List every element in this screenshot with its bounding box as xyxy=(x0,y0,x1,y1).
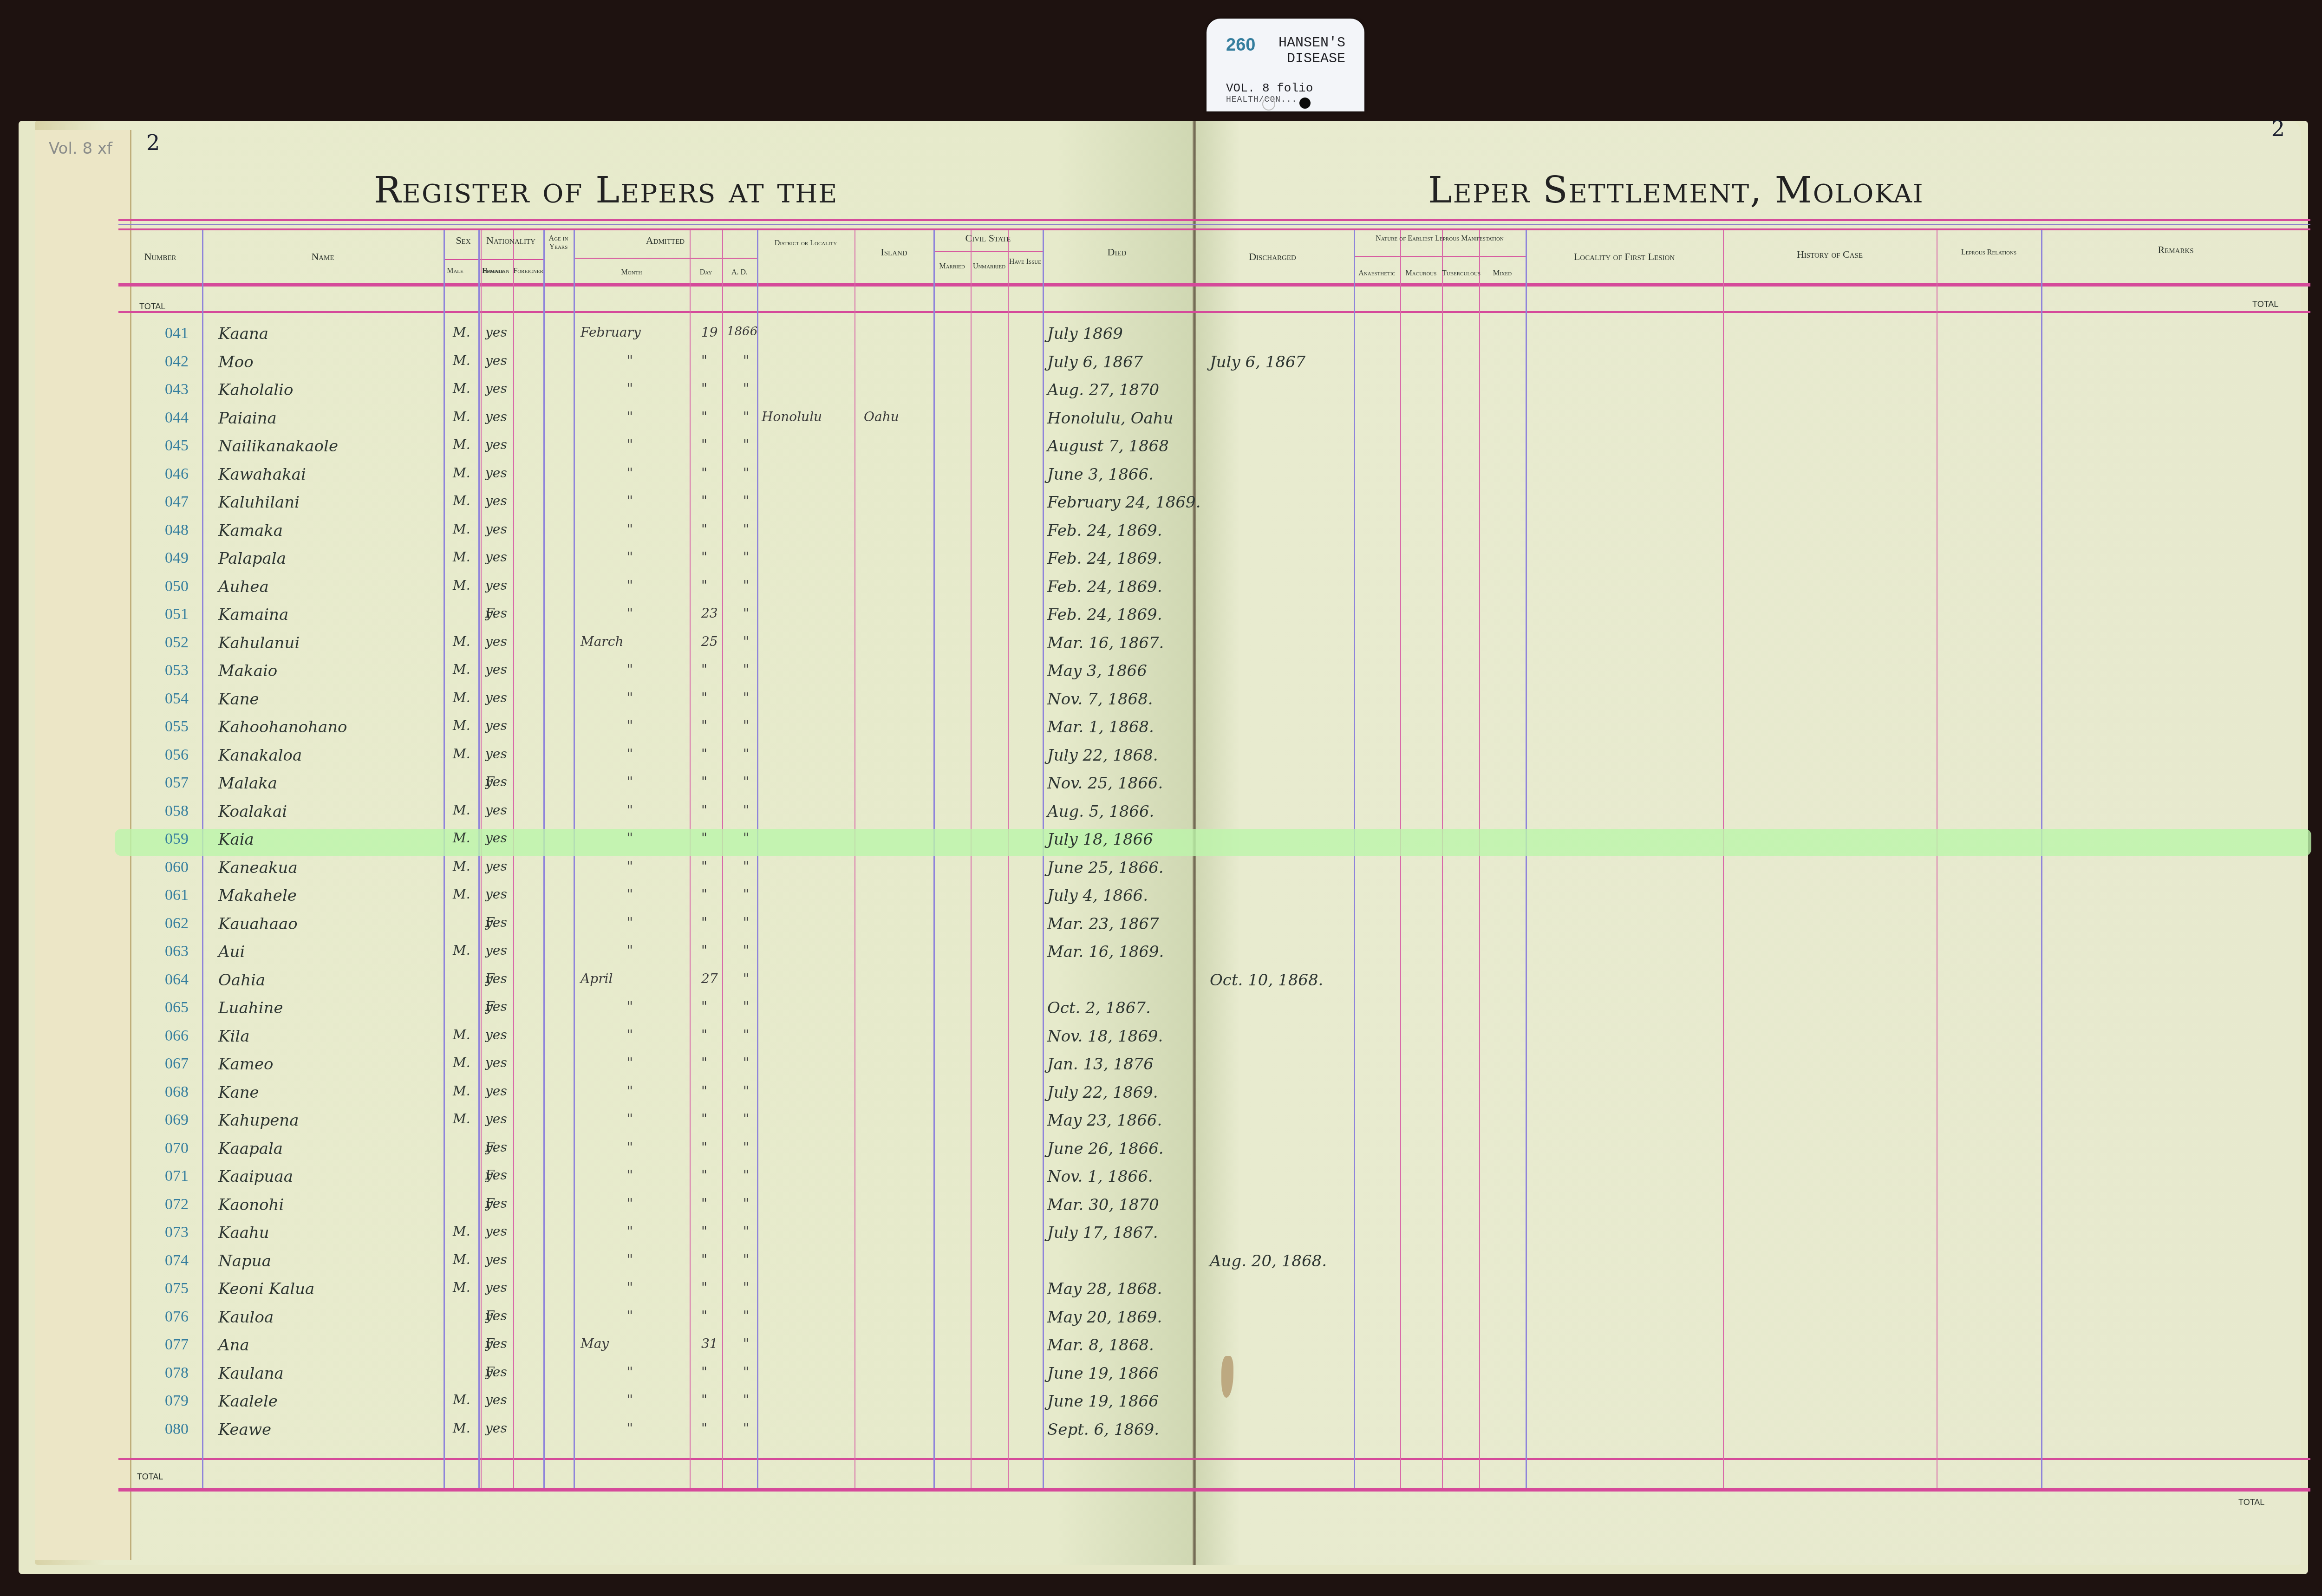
admitted-day: 25 xyxy=(701,634,718,649)
patient-name: Keawe xyxy=(218,1420,271,1439)
rule-line xyxy=(933,251,1043,252)
rule-line xyxy=(574,258,757,259)
patient-name: Paiaina xyxy=(218,409,277,428)
patient-name: Kamaina xyxy=(218,606,288,624)
row-number: 054 xyxy=(165,690,189,708)
admitted-year: " xyxy=(743,1196,749,1211)
row-number: 041 xyxy=(165,325,189,342)
died-date: July 18, 1866 xyxy=(1047,830,1153,849)
table-row[interactable]: 073KaahuM.yes"""July 17, 1867. xyxy=(0,1222,2322,1250)
row-number: 078 xyxy=(165,1364,189,1382)
patient-name: Oahia xyxy=(218,971,265,990)
total-label: TOTAL xyxy=(2238,1498,2264,1507)
admitted-day: " xyxy=(701,1083,707,1099)
nationality-hawaiian: yes xyxy=(485,1364,507,1380)
admitted-year: " xyxy=(743,578,749,593)
admitted-month: " xyxy=(627,1280,633,1295)
table-row[interactable]: 061MakaheleM.yes"""July 4, 1866. xyxy=(0,885,2322,912)
sex-male: M. xyxy=(453,1280,470,1295)
discharged-date: Oct. 10, 1868. xyxy=(1210,971,1323,990)
admitted-year: " xyxy=(743,1224,749,1239)
patient-name: Keoni Kalua xyxy=(218,1280,314,1298)
died-date: Feb. 24, 1869. xyxy=(1047,521,1162,540)
table-row[interactable]: 060KaneakuaM.yes"""June 25, 1866. xyxy=(0,857,2322,885)
nationality-hawaiian: yes xyxy=(485,1336,507,1351)
admitted-year: " xyxy=(743,971,749,986)
patient-name: Kameo xyxy=(218,1055,274,1074)
died-date: July 22, 1869. xyxy=(1047,1083,1158,1102)
admitted-year: " xyxy=(743,437,749,452)
admitted-day: " xyxy=(701,915,707,930)
admitted-month: " xyxy=(627,578,633,593)
admitted-year: " xyxy=(743,1167,749,1183)
admitted-day: " xyxy=(701,409,707,424)
admitted-year: " xyxy=(743,690,749,705)
admitted-year: " xyxy=(743,1308,749,1323)
sex-male: M. xyxy=(453,746,470,762)
table-row[interactable]: 046KawahakaiM.yes"""June 3, 1866. xyxy=(0,463,2322,491)
patient-name: Makaio xyxy=(218,662,277,680)
nationality-hawaiian: yes xyxy=(485,521,507,537)
admitted-year: " xyxy=(743,1252,749,1267)
patient-name: Kaana xyxy=(218,325,268,343)
admitted-year: " xyxy=(743,915,749,930)
tag-volume: VOL. 8 folio xyxy=(1226,81,1313,95)
admitted-month: " xyxy=(627,1027,633,1042)
sex-male: M. xyxy=(453,1083,470,1099)
table-row[interactable]: 076KauloaF.yes"""May 20, 1869. xyxy=(0,1306,2322,1334)
admitted-month: " xyxy=(627,521,633,537)
island: Oahu xyxy=(864,409,899,424)
nationality-hawaiian: yes xyxy=(485,1280,507,1295)
patient-name: Kaholalio xyxy=(218,381,293,399)
table-row[interactable]: 053MakaioM.yes"""May 3, 1866 xyxy=(0,660,2322,688)
sex-male: M. xyxy=(453,886,470,902)
sex-male: M. xyxy=(453,1252,470,1267)
row-number: 071 xyxy=(165,1167,189,1185)
flap-note: Vol. 8 xf xyxy=(49,139,112,158)
table-row[interactable]: 079KaaleleM.yes"""June 19, 1866 xyxy=(0,1390,2322,1418)
row-number: 050 xyxy=(165,578,189,595)
row-number: 063 xyxy=(165,943,189,960)
row-number: 052 xyxy=(165,634,189,651)
rule-line xyxy=(118,219,2310,221)
header-nat-mixed: Mixed xyxy=(1479,269,1526,278)
table-row[interactable]: 072KaonohiF.yes"""Mar. 30, 1870 xyxy=(0,1194,2322,1222)
admitted-day: " xyxy=(701,521,707,537)
nationality-hawaiian: yes xyxy=(485,381,507,396)
header-district: District or Locality xyxy=(757,239,854,248)
patient-name: Kamaka xyxy=(218,521,283,540)
header-name: Name xyxy=(202,251,444,263)
died-date: July 17, 1867. xyxy=(1047,1224,1158,1242)
rule-line xyxy=(1354,256,1526,257)
total-label: TOTAL xyxy=(139,302,165,312)
sex-male: M. xyxy=(453,381,470,396)
admitted-year: " xyxy=(743,1027,749,1042)
patient-name: Malaka xyxy=(218,774,277,793)
table-row[interactable]: 070KaapalaF.yes"""June 26, 1866. xyxy=(0,1138,2322,1166)
nationality-hawaiian: yes xyxy=(485,830,507,846)
row-number: 066 xyxy=(165,1027,189,1045)
row-number: 067 xyxy=(165,1055,189,1073)
patient-name: Kaaipuaa xyxy=(218,1167,293,1186)
admitted-month: February xyxy=(580,325,641,340)
admitted-day: " xyxy=(701,802,707,818)
header-nationality: Nationality xyxy=(478,235,543,247)
table-row[interactable]: 069KahupenaM.yes"""May 23, 1866. xyxy=(0,1109,2322,1137)
died-date: Mar. 8, 1868. xyxy=(1047,1336,1154,1355)
sex-male: M. xyxy=(453,325,470,340)
died-date: June 3, 1866. xyxy=(1047,465,1154,484)
row-number: 055 xyxy=(165,718,189,736)
admitted-month: May xyxy=(580,1336,609,1351)
header-locality-first-lesion: Locality of First Lesion xyxy=(1526,251,1723,263)
sex-male: M. xyxy=(453,353,470,368)
table-row[interactable]: 045NailikanakaoleM.yes"""August 7, 1868 xyxy=(0,435,2322,463)
header-nat-foreigner: Foreigner xyxy=(513,267,543,275)
nationality-hawaiian: yes xyxy=(485,1111,507,1127)
admitted-day: " xyxy=(701,1196,707,1211)
died-date: July 4, 1866. xyxy=(1047,886,1148,905)
table-row[interactable]: 080KeaweM.yes"""Sept. 6, 1869. xyxy=(0,1419,2322,1446)
nationality-hawaiian: yes xyxy=(485,493,507,508)
died-date: Mar. 23, 1867 xyxy=(1047,915,1159,933)
admitted-day: " xyxy=(701,886,707,902)
table-row[interactable]: 063AuiM.yes"""Mar. 16, 1869. xyxy=(0,941,2322,969)
admitted-day: 19 xyxy=(701,325,718,340)
admitted-year: " xyxy=(743,634,749,649)
row-number: 069 xyxy=(165,1111,189,1129)
admitted-year: " xyxy=(743,549,749,565)
admitted-year: " xyxy=(743,1111,749,1127)
died-date: Nov. 7, 1868. xyxy=(1047,690,1153,709)
row-number: 070 xyxy=(165,1140,189,1157)
admitted-year: " xyxy=(743,493,749,508)
table-row[interactable]: 058KoalakaiM.yes"""Aug. 5, 1866. xyxy=(0,801,2322,828)
patient-name: Kahupena xyxy=(218,1111,299,1130)
table-row[interactable]: 075Keoni KaluaM.yes"""May 28, 1868. xyxy=(0,1278,2322,1306)
patient-name: Kaapala xyxy=(218,1140,283,1158)
died-date: Mar. 30, 1870 xyxy=(1047,1196,1159,1214)
died-date: May 3, 1866 xyxy=(1047,662,1147,680)
table-row[interactable]: 043KaholalioM.yes"""Aug. 27, 1870 xyxy=(0,379,2322,407)
patient-name: Kaia xyxy=(218,830,254,849)
row-number: 077 xyxy=(165,1336,189,1354)
nationality-hawaiian: yes xyxy=(485,886,507,902)
admitted-month: " xyxy=(627,1392,633,1407)
table-row[interactable]: 047KaluhilaniM.yes"""February 24, 1869. xyxy=(0,491,2322,519)
sex-male: M. xyxy=(453,437,470,452)
admitted-day: " xyxy=(701,830,707,846)
table-row[interactable]: 051KamainaF.yes"23"Feb. 24, 1869. xyxy=(0,604,2322,632)
admitted-year: " xyxy=(743,746,749,762)
patient-name: Kane xyxy=(218,1083,259,1102)
sex-male: M. xyxy=(453,690,470,705)
patient-name: Aui xyxy=(218,943,245,961)
header-admitted: Admitted xyxy=(574,235,757,247)
admitted-year: " xyxy=(743,1420,749,1436)
died-date: Mar. 16, 1869. xyxy=(1047,943,1164,961)
right-page-number: 2 xyxy=(2271,116,2285,141)
row-number: 074 xyxy=(165,1252,189,1270)
sex-male: M. xyxy=(453,1392,470,1407)
header-civil-state: Civil State xyxy=(933,232,1043,244)
right-page-title: Leper Settlement, Molokai xyxy=(1428,169,1924,211)
left-page-title: Register of Lepers at the xyxy=(374,169,838,211)
left-page-number: 2 xyxy=(146,130,160,155)
tag-hole-icon xyxy=(1299,98,1311,109)
rule-line xyxy=(118,224,2310,225)
row-number: 048 xyxy=(165,521,189,539)
admitted-year: " xyxy=(743,353,749,368)
discharged-date: July 6, 1867 xyxy=(1210,353,1305,371)
admitted-day: " xyxy=(701,578,707,593)
table-row[interactable]: 066KilaM.yes"""Nov. 18, 1869. xyxy=(0,1025,2322,1053)
nationality-hawaiian: yes xyxy=(485,437,507,452)
tag-number: 260 xyxy=(1226,35,1255,55)
district: Honolulu xyxy=(762,409,822,424)
table-row[interactable]: 050AuheaM.yes"""Feb. 24, 1869. xyxy=(0,576,2322,604)
row-number: 042 xyxy=(165,353,189,371)
patient-name: Makahele xyxy=(218,886,297,905)
admitted-day: " xyxy=(701,437,707,452)
table-row[interactable]: 055KahoohanohanoM.yes"""Mar. 1, 1868. xyxy=(0,716,2322,744)
admitted-year: " xyxy=(743,1140,749,1155)
admitted-day: " xyxy=(701,662,707,677)
nationality-hawaiian: yes xyxy=(485,859,507,874)
table-row[interactable]: 041KaanaM.yesFebruary191866July 1869 xyxy=(0,323,2322,351)
admitted-year: " xyxy=(743,1364,749,1380)
admitted-year: " xyxy=(743,1280,749,1295)
patient-name: Moo xyxy=(218,353,254,371)
died-date: Oct. 2, 1867. xyxy=(1047,999,1151,1017)
table-row[interactable]: 049PalapalaM.yes"""Feb. 24, 1869. xyxy=(0,547,2322,575)
admitted-day: " xyxy=(701,1252,707,1267)
nationality-hawaiian: yes xyxy=(485,999,507,1014)
died-date: Nov. 25, 1866. xyxy=(1047,774,1163,793)
admitted-day: " xyxy=(701,353,707,368)
sex-male: M. xyxy=(453,1420,470,1436)
admitted-month: " xyxy=(627,830,633,846)
admitted-day: " xyxy=(701,549,707,565)
admitted-month: April xyxy=(580,971,613,986)
table-row[interactable]: 064OahiaF.yesApril27"Oct. 10, 1868. xyxy=(0,969,2322,997)
table-row[interactable]: 054KaneM.yes"""Nov. 7, 1868. xyxy=(0,688,2322,716)
sex-male: M. xyxy=(453,409,470,424)
patient-name: Napua xyxy=(218,1252,271,1270)
total-label: TOTAL xyxy=(137,1472,163,1482)
patient-name: Kawahakai xyxy=(218,465,306,484)
nationality-hawaiian: yes xyxy=(485,549,507,565)
row-number: 047 xyxy=(165,493,189,511)
nationality-hawaiian: yes xyxy=(485,465,507,481)
table-row[interactable]: 056KanakaloaM.yes"""July 22, 1868. xyxy=(0,744,2322,772)
row-number: 060 xyxy=(165,859,189,876)
admitted-month: " xyxy=(627,859,633,874)
nationality-hawaiian: yes xyxy=(485,1027,507,1042)
header-cs-issue: Have Issue xyxy=(1008,258,1043,266)
admitted-day: " xyxy=(701,1224,707,1239)
nationality-hawaiian: yes xyxy=(485,662,507,677)
nationality-hawaiian: yes xyxy=(485,1224,507,1239)
table-row[interactable]: 067KameoM.yes"""Jan. 13, 1876 xyxy=(0,1053,2322,1081)
patient-name: Kaulana xyxy=(218,1364,284,1383)
rule-line xyxy=(444,259,543,260)
patient-name: Koalakai xyxy=(218,802,287,821)
nationality-hawaiian: yes xyxy=(485,325,507,340)
rule-line xyxy=(118,311,2310,313)
admitted-year: " xyxy=(743,1055,749,1070)
table-row[interactable]: 062KauahaaoF.yes"""Mar. 23, 1867 xyxy=(0,913,2322,941)
died-date: May 23, 1866. xyxy=(1047,1111,1162,1130)
row-number: 079 xyxy=(165,1392,189,1410)
admitted-month: " xyxy=(627,1140,633,1155)
table-row[interactable]: 065LuahineF.yes"""Oct. 2, 1867. xyxy=(0,997,2322,1025)
patient-name: Palapala xyxy=(218,549,286,568)
admitted-month: " xyxy=(627,774,633,789)
tag-series: HEALTH/CON... xyxy=(1226,95,1297,104)
discharged-date: Aug. 20, 1868. xyxy=(1210,1252,1327,1270)
admitted-year: " xyxy=(743,802,749,818)
died-date: May 20, 1869. xyxy=(1047,1308,1162,1327)
header-discharged: Discharged xyxy=(1191,251,1354,263)
died-date: Mar. 1, 1868. xyxy=(1047,718,1154,736)
table-row[interactable]: 078KaulanaF.yes"""June 19, 1866 xyxy=(0,1362,2322,1390)
died-date: May 28, 1868. xyxy=(1047,1280,1162,1298)
nationality-hawaiian: yes xyxy=(485,578,507,593)
header-nat-tuberculous: Tuberculous xyxy=(1442,269,1479,278)
admitted-day: " xyxy=(701,1392,707,1407)
admitted-month: " xyxy=(627,606,633,621)
admitted-month: " xyxy=(627,465,633,481)
nationality-hawaiian: yes xyxy=(485,606,507,621)
rule-line xyxy=(118,228,2310,230)
row-number: 076 xyxy=(165,1308,189,1326)
table-row[interactable]: 042MooM.yes"""July 6, 1867July 6, 1867 xyxy=(0,351,2322,379)
sex-male: M. xyxy=(453,521,470,537)
row-number: 044 xyxy=(165,409,189,427)
table-row[interactable]: 074NapuaM.yes"""Aug. 20, 1868. xyxy=(0,1250,2322,1278)
table-row[interactable]: 077AnaF.yesMay31"Mar. 8, 1868. xyxy=(0,1334,2322,1362)
patient-name: Kaneakua xyxy=(218,859,298,877)
sex-male: M. xyxy=(453,493,470,508)
row-number: 049 xyxy=(165,549,189,567)
row-number: 064 xyxy=(165,971,189,989)
header-remarks: Remarks xyxy=(2041,244,2310,256)
nationality-hawaiian: yes xyxy=(485,1420,507,1436)
row-number: 059 xyxy=(165,830,189,848)
died-date: Jan. 13, 1876 xyxy=(1047,1055,1154,1074)
patient-name: Kauloa xyxy=(218,1308,274,1327)
admitted-month: " xyxy=(627,915,633,930)
admitted-day: " xyxy=(701,859,707,874)
nationality-hawaiian: yes xyxy=(485,1140,507,1155)
admitted-month: " xyxy=(627,493,633,508)
died-date: July 1869 xyxy=(1047,325,1123,343)
died-date: Honolulu, Oahu xyxy=(1047,409,1174,428)
nationality-hawaiian: yes xyxy=(485,971,507,986)
patient-name: Nailikanakaole xyxy=(218,437,338,456)
admitted-month: " xyxy=(627,662,633,677)
archive-tag: 260 HANSEN'S DISEASE VOL. 8 folio HEALTH… xyxy=(1207,19,1364,111)
admitted-month: " xyxy=(627,381,633,396)
admitted-month: " xyxy=(627,1055,633,1070)
table-row[interactable]: 052KahulanuiM.yesMarch25"Mar. 16, 1867. xyxy=(0,632,2322,660)
table-row[interactable]: 068KaneM.yes"""July 22, 1869. xyxy=(0,1081,2322,1109)
admitted-year: " xyxy=(743,521,749,537)
admitted-day: 23 xyxy=(701,606,718,621)
admitted-month: " xyxy=(627,549,633,565)
sex-male: M. xyxy=(453,802,470,818)
row-number: 073 xyxy=(165,1224,189,1241)
sex-male: M. xyxy=(453,634,470,649)
patient-name: Kaonohi xyxy=(218,1196,284,1214)
rule-line xyxy=(118,283,2310,287)
admitted-month: " xyxy=(627,802,633,818)
admitted-day: " xyxy=(701,381,707,396)
died-date: Feb. 24, 1869. xyxy=(1047,578,1162,596)
admitted-year: " xyxy=(743,774,749,789)
admitted-day: " xyxy=(701,1111,707,1127)
row-number: 043 xyxy=(165,381,189,398)
died-date: Aug. 5, 1866. xyxy=(1047,802,1154,821)
sex-male: M. xyxy=(453,1055,470,1070)
admitted-month: " xyxy=(627,690,633,705)
header-adm-ad: A. D. xyxy=(722,268,757,277)
nationality-hawaiian: yes xyxy=(485,1196,507,1211)
table-row[interactable]: 071KaaipuaaF.yes"""Nov. 1, 1866. xyxy=(0,1166,2322,1193)
patient-name: Kane xyxy=(218,690,259,709)
died-date: Nov. 18, 1869. xyxy=(1047,1027,1163,1046)
admitted-year: " xyxy=(743,943,749,958)
table-row[interactable]: 059KaiaM.yes"""July 18, 1866 xyxy=(0,828,2322,856)
table-row[interactable]: 048KamakaM.yes"""Feb. 24, 1869. xyxy=(0,520,2322,547)
admitted-year: " xyxy=(743,465,749,481)
nationality-hawaiian: yes xyxy=(485,1252,507,1267)
admitted-month: " xyxy=(627,1308,633,1323)
admitted-day: " xyxy=(701,493,707,508)
admitted-day: " xyxy=(701,1167,707,1183)
nationality-hawaiian: yes xyxy=(485,915,507,930)
admitted-month: " xyxy=(627,1196,633,1211)
sex-male: M. xyxy=(453,1224,470,1239)
died-date: June 19, 1866 xyxy=(1047,1364,1159,1383)
nationality-hawaiian: yes xyxy=(485,1167,507,1183)
admitted-month: " xyxy=(627,1364,633,1380)
admitted-day: " xyxy=(701,1027,707,1042)
row-number: 056 xyxy=(165,746,189,764)
admitted-day: " xyxy=(701,1140,707,1155)
admitted-year: " xyxy=(743,1336,749,1351)
admitted-month: " xyxy=(627,353,633,368)
table-row[interactable]: 044PaiainaM.yes"""HonoluluOahuHonolulu, … xyxy=(0,407,2322,435)
total-label: TOTAL xyxy=(2252,300,2278,309)
admitted-day: " xyxy=(701,718,707,733)
died-date: Feb. 24, 1869. xyxy=(1047,549,1162,568)
patient-name: Kauahaao xyxy=(218,915,298,933)
patient-name: Kahulanui xyxy=(218,634,300,652)
nationality-hawaiian: yes xyxy=(485,943,507,958)
header-nat-hawaiian: Hawaiian xyxy=(478,267,513,275)
header-died: Died xyxy=(1043,246,1191,258)
admitted-day: " xyxy=(701,1280,707,1295)
admitted-month: " xyxy=(627,1420,633,1436)
admitted-year: " xyxy=(743,409,749,424)
header-number: Number xyxy=(118,251,202,263)
table-row[interactable]: 057MalakaF.yes"""Nov. 25, 1866. xyxy=(0,772,2322,800)
admitted-month: " xyxy=(627,943,633,958)
